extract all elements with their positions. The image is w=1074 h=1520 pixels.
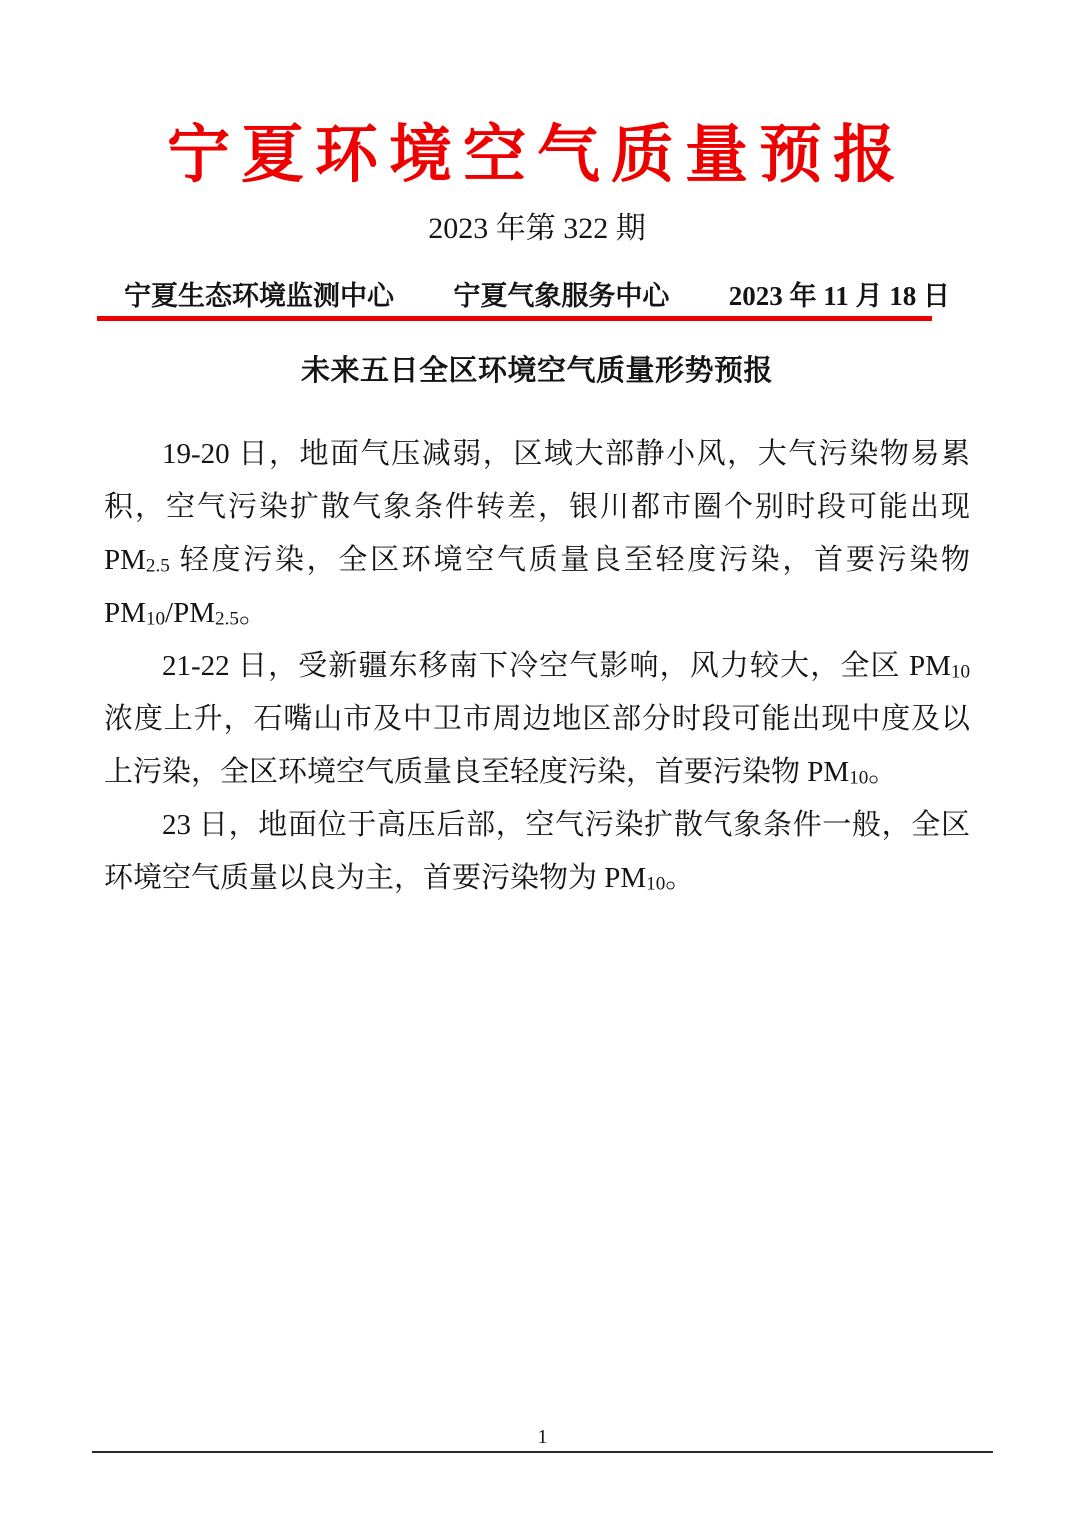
forecast-paragraph-1: 19-20 日，地面气压减弱，区域大部静小风，大气污染物易累积，空气污染扩散气象… xyxy=(104,428,970,640)
document-page: 宁夏环境空气质量预报 2023 年第 322 期 宁夏生态环境监测中心 宁夏气象… xyxy=(0,0,1074,1520)
forecast-body: 19-20 日，地面气压减弱，区域大部静小风，大气污染物易累积，空气污染扩散气象… xyxy=(104,428,970,905)
pm10-subscript: 10 xyxy=(146,609,165,630)
pm25-subscript: 2.5 xyxy=(146,556,170,577)
pm25-subscript: 2.5 xyxy=(215,609,239,630)
forecast-paragraph-3: 23 日，地面位于高压后部，空气污染扩散气象条件一般，全区环境空气质量以良为主，… xyxy=(104,799,970,905)
text-run: 23 日，地面位于高压后部，空气污染扩散气象条件一般，全区环境空气质量以良为主，… xyxy=(104,809,970,894)
page-number: 1 xyxy=(538,1426,548,1448)
masthead: 宁夏生态环境监测中心 宁夏气象服务中心 2023 年 11 月 18 日 xyxy=(104,280,970,312)
pm10-subscript: 10 xyxy=(849,768,868,789)
text-run: 21-22 日，受新疆东移南下冷空气影响，风力较大，全区 PM xyxy=(162,650,951,682)
forecast-paragraph-2: 21-22 日，受新疆东移南下冷空气影响，风力较大，全区 PM10 浓度上升，石… xyxy=(104,640,970,799)
text-run: /PM xyxy=(165,597,215,629)
document-content: 宁夏环境空气质量预报 2023 年第 322 期 宁夏生态环境监测中心 宁夏气象… xyxy=(0,116,1074,905)
text-run: 。 xyxy=(665,862,694,894)
section-heading: 未来五日全区环境空气质量形势预报 xyxy=(104,354,970,388)
page-footer: 1 xyxy=(92,1424,993,1453)
issue-number: 2023 年第 322 期 xyxy=(104,210,970,248)
masthead-left-org: 宁夏生态环境监测中心 xyxy=(124,280,394,312)
pm10-subscript: 10 xyxy=(951,662,970,683)
red-divider xyxy=(97,316,932,321)
masthead-date: 2023 年 11 月 18 日 xyxy=(729,280,950,312)
pm10-subscript: 10 xyxy=(646,874,665,895)
document-title: 宁夏环境空气质量预报 xyxy=(104,116,970,194)
text-run: 。 xyxy=(239,597,268,629)
text-run: 。 xyxy=(868,756,897,788)
masthead-center-org: 宁夏气象服务中心 xyxy=(453,280,669,312)
text-run: 浓度上升，石嘴山市及中卫市周边地区部分时段可能出现中度及以上污染，全区环境空气质… xyxy=(104,703,970,788)
